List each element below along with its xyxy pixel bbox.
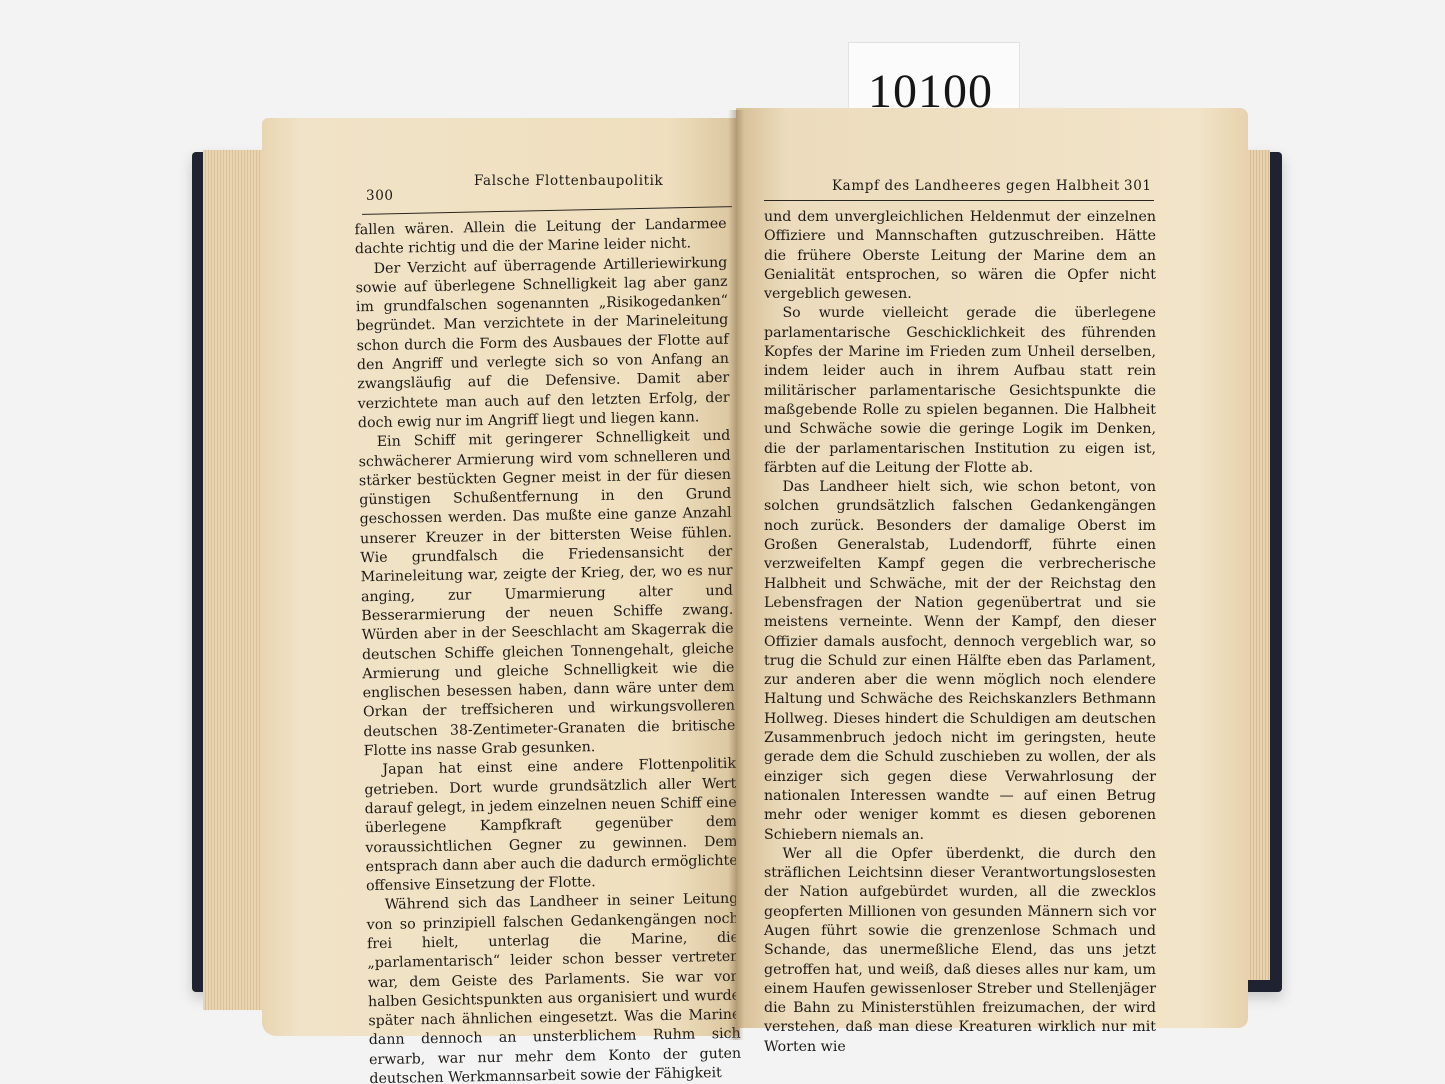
right-page-number: 301 — [1124, 178, 1152, 194]
left-body-text: fallen wären. Allein die Leitung der Lan… — [354, 215, 741, 1084]
paragraph: und dem unvergleichlichen Heldenmut der … — [764, 208, 1156, 304]
paragraph: Der Verzicht auf überragende Artilleriew… — [355, 253, 730, 433]
paragraph: Japan hat einst eine andere Flottenpolit… — [364, 755, 738, 897]
right-running-head: Kampf des Landheeres gegen Halbheit — [832, 178, 1120, 194]
right-body-text: und dem unvergleichlichen Heldenmut der … — [764, 208, 1156, 1057]
right-page: Kampf des Landheeres gegen Halbheit 301 … — [736, 108, 1248, 1028]
paragraph: Wer all die Opfer überdenkt, die durch d… — [764, 845, 1156, 1057]
paragraph: So wurde vielleicht gerade die überlegen… — [764, 304, 1156, 478]
left-page: 300 Falsche Flottenbaupolitik fallen wär… — [262, 118, 740, 1036]
book-gutter — [728, 110, 744, 1040]
paragraph: fallen wären. Allein die Leitung der Lan… — [354, 215, 727, 260]
left-running-head: Falsche Flottenbaupolitik — [474, 173, 663, 189]
left-page-number: 300 — [366, 188, 394, 204]
paragraph: Das Landheer hielt sich, wie schon beton… — [764, 478, 1156, 845]
right-header-rule — [764, 200, 1154, 201]
paragraph: Ein Schiff mit geringerer Schnelligkeit … — [358, 427, 736, 761]
page-edges-left — [203, 150, 263, 1010]
left-header-rule — [362, 206, 732, 215]
paragraph: Während sich das Landheer in seiner Leit… — [366, 890, 741, 1084]
